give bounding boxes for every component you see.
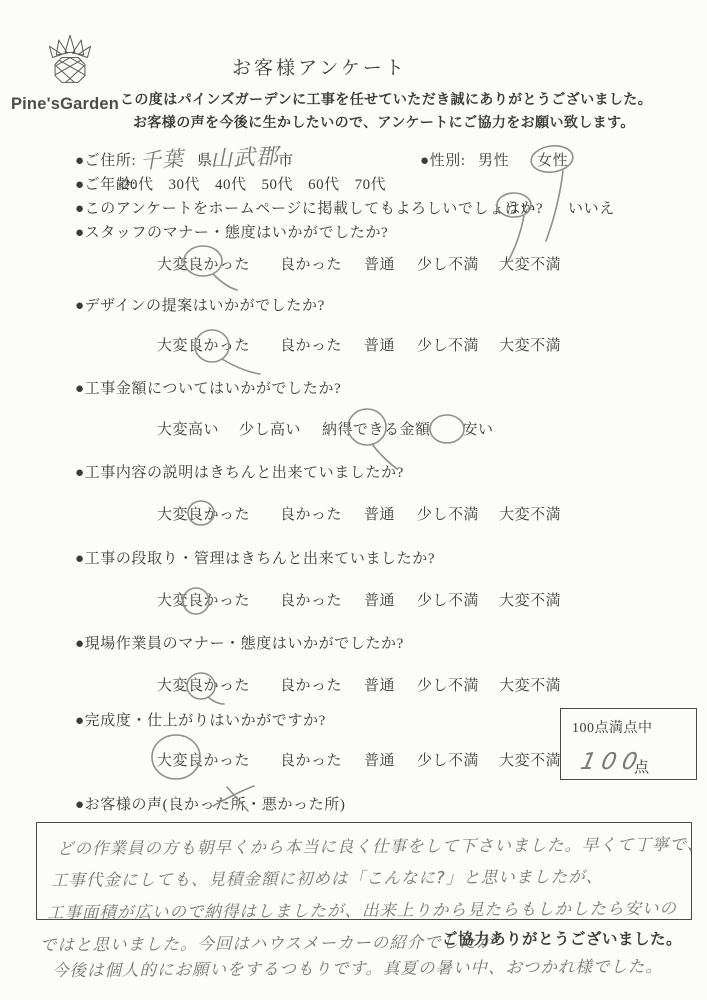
- rating-option-normal[interactable]: 普通: [364, 589, 395, 610]
- age-option-50s[interactable]: 50代: [262, 173, 294, 194]
- age-option-30s[interactable]: 30代: [169, 173, 201, 194]
- rating-option-very-unsatisfied[interactable]: 大変不満: [499, 503, 561, 524]
- rating-row-scheduling: 大変良かった 良かった 普通 少し不満 大変不満: [157, 589, 561, 610]
- price-option-acceptable[interactable]: 納得できる金額: [322, 418, 431, 439]
- comment-box[interactable]: どの作業員の方も朝早くから本当に良く仕事をして下さいました。早くて丁寧で、 工事…: [36, 822, 692, 920]
- rating-option-normal[interactable]: 普通: [364, 253, 395, 274]
- rating-option-bit-unsatisfied[interactable]: 少し不満: [417, 589, 479, 610]
- rating-option-good[interactable]: 良かった: [280, 503, 342, 524]
- price-option-very-expensive[interactable]: 大変高い: [157, 418, 219, 439]
- rating-option-very-good[interactable]: 大変良かった: [157, 674, 250, 695]
- rating-option-very-good[interactable]: 大変良かった: [157, 749, 250, 770]
- rating-option-very-unsatisfied[interactable]: 大変不満: [499, 589, 561, 610]
- rating-option-bit-unsatisfied[interactable]: 少し不満: [417, 749, 479, 770]
- rating-option-very-unsatisfied[interactable]: 大変不満: [499, 674, 561, 695]
- rating-option-normal[interactable]: 普通: [364, 749, 395, 770]
- rating-option-good[interactable]: 良かった: [280, 674, 342, 695]
- publish-question-label: ●このアンケートをホームページに掲載してもよろしいでしょうか?: [75, 197, 543, 218]
- question-explanation: ●工事内容の説明はきちんと出来ていましたか?: [75, 461, 404, 482]
- circle-mark-workers-tail: [208, 697, 224, 704]
- rating-option-normal[interactable]: 普通: [364, 334, 395, 355]
- rating-row-completion: 大変良かった 良かった 普通 少し不満 大変不満: [157, 749, 561, 770]
- age-option-70s[interactable]: 70代: [355, 173, 387, 194]
- gender-label: ●性別:: [420, 149, 466, 170]
- rating-option-very-good[interactable]: 大変良かった: [157, 253, 250, 274]
- rating-option-very-good[interactable]: 大変良かった: [157, 334, 250, 355]
- question-scheduling: ●工事の段取り・管理はきちんと出来ていましたか?: [75, 547, 435, 568]
- address-label: ●ご住所:: [75, 149, 136, 170]
- price-option-cheap[interactable]: 安い: [463, 418, 494, 439]
- score-box-header: 100点満点中: [572, 717, 653, 737]
- age-option-60s[interactable]: 60代: [308, 173, 340, 194]
- rating-option-very-unsatisfied[interactable]: 大変不満: [499, 749, 561, 770]
- comment-line-2: 工事代金にしても、見積金額に初めは「こんなに?」と思いましたが、: [51, 861, 603, 896]
- rating-option-bit-unsatisfied[interactable]: 少し不満: [417, 253, 479, 274]
- rating-row-explanation: 大変良かった 良かった 普通 少し不満 大変不満: [157, 503, 561, 524]
- intro-line-1: この度はパインズガーデンに工事を任せていただき誠にありがとうございました。: [120, 89, 652, 112]
- comment-line-5: 今後は個人的にお願いをするつもりです。真夏の暑い中、おつかれ様でした。: [52, 951, 663, 986]
- comment-line-1: どの作業員の方も朝早くから本当に良く仕事をして下さいました。早くて丁寧で、: [57, 829, 704, 865]
- age-option-20s[interactable]: 20代: [122, 173, 154, 194]
- gender-option-male[interactable]: 男性: [478, 149, 509, 170]
- city-unit: 市: [278, 149, 294, 170]
- page-title: お客様アンケート: [232, 53, 407, 80]
- gender-option-female[interactable]: 女性: [537, 149, 568, 170]
- price-option-bit-expensive[interactable]: 少し高い: [239, 418, 301, 439]
- rating-option-very-unsatisfied[interactable]: 大変不満: [499, 334, 561, 355]
- rating-option-normal[interactable]: 普通: [364, 674, 395, 695]
- question-completion: ●完成度・仕上がりはいかがですか?: [75, 709, 326, 730]
- survey-page: Pine'sGarden お客様アンケート この度はパインズガーデンに工事を任せ…: [0, 0, 707, 1000]
- price-row: 大変高い 少し高い 納得できる金額 安い: [157, 418, 494, 439]
- question-site-workers: ●現場作業員のマナー・態度はいかがでしたか?: [75, 632, 404, 653]
- rating-option-very-good[interactable]: 大変良かった: [157, 589, 250, 610]
- rating-option-bit-unsatisfied[interactable]: 少し不満: [417, 503, 479, 524]
- age-option-40s[interactable]: 40代: [215, 173, 247, 194]
- score-box: 100点満点中 100 点: [560, 708, 697, 780]
- rating-option-good[interactable]: 良かった: [280, 253, 342, 274]
- score-unit: 点: [634, 756, 649, 777]
- rating-option-bit-unsatisfied[interactable]: 少し不満: [417, 334, 479, 355]
- question-price: ●工事金額についてはいかがでしたか?: [75, 377, 341, 398]
- circle-mark-staff-tail: [213, 274, 237, 290]
- pineapple-logo-icon: [42, 33, 98, 97]
- rating-row-design: 大変良かった 良かった 普通 少し不満 大変不満: [157, 334, 561, 355]
- comment-line-3: 工事面積が広いので納得はしましたが、出来上りから見たらもしかしたら安いの: [47, 893, 677, 928]
- rating-row-staff-manner: 大変良かった 良かった 普通 少し不満 大変不満: [157, 253, 561, 274]
- brand-name: Pine'sGarden: [6, 95, 124, 114]
- address-prefecture-handwritten: 千葉: [139, 143, 185, 176]
- intro-line-2: お客様の声を今後に生かしたいので、アンケートにご協力をお願い致します。: [133, 112, 635, 135]
- question-design: ●デザインの提案はいかがでしたか?: [75, 294, 325, 315]
- rating-option-good[interactable]: 良かった: [280, 589, 342, 610]
- rating-option-bit-unsatisfied[interactable]: 少し不満: [417, 674, 479, 695]
- address-district-handwritten: 山武郡: [209, 139, 280, 174]
- age-options: 20代 30代 40代 50代 60代 70代: [122, 173, 386, 194]
- rating-row-site-workers: 大変良かった 良かった 普通 少し不満 大変不満: [157, 674, 561, 695]
- rating-option-good[interactable]: 良かった: [280, 334, 342, 355]
- publish-option-yes[interactable]: はい: [505, 197, 536, 218]
- rating-option-good[interactable]: 良かった: [280, 749, 342, 770]
- voice-label: ●お客様の声(良かった所・悪かった所): [75, 793, 345, 814]
- circle-mark-design-tail: [222, 359, 260, 374]
- rating-option-normal[interactable]: 普通: [364, 503, 395, 524]
- printed-thanks: ご協力ありがとうございました。: [442, 927, 682, 949]
- publish-option-no[interactable]: いいえ: [568, 197, 615, 218]
- circle-mark-female-tail: [546, 171, 563, 241]
- rating-option-very-unsatisfied[interactable]: 大変不満: [499, 253, 561, 274]
- rating-option-very-good[interactable]: 大変良かった: [157, 503, 250, 524]
- question-staff-manner: ●スタッフのマナー・態度はいかがでしたか?: [75, 221, 388, 242]
